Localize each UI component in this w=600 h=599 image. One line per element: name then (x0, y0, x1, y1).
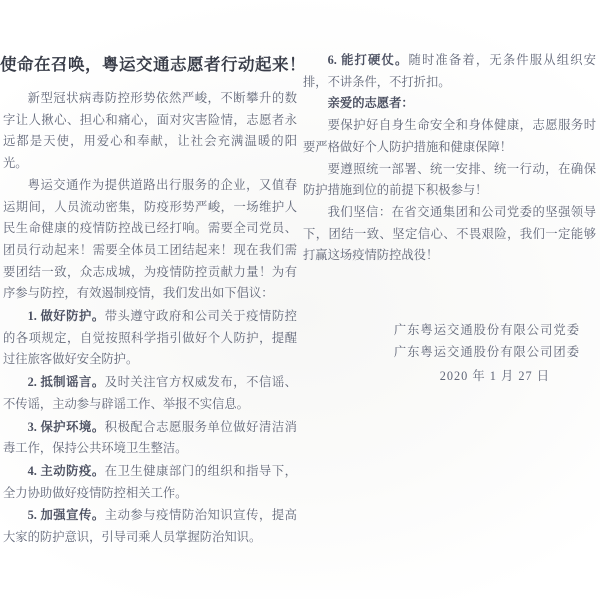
paragraph-lead: 2. 抵制谣言。 (28, 375, 105, 389)
signature-block: 广东粤运交通股份有限公司党委 广东粤运交通股份有限公司团委 2020 年 1 月… (320, 319, 580, 387)
paragraph-lead: 4. 主动防疫。 (28, 464, 105, 478)
proposal-item-5: 5. 加强宣传。主动参与疫情防治知识宣传，提高大家的防护意识，引导司乘人员掌握防… (3, 505, 297, 548)
paragraph-text: 粤运交通作为提供道路出行服务的企业，又值春运期间，人员流动密集，防疫形势严峻，一… (3, 178, 297, 301)
paragraph-lead: 6. 能打硬仗。 (328, 53, 409, 67)
paragraph-lead: 1. 做好防护。 (28, 309, 105, 323)
paragraph: 我们坚信：在省交通集团和公司党委的坚强领导下，团结一致、坚定信心、不畏艰险，我们… (303, 202, 596, 267)
document-page: 使命在召唤，粤运交通志愿者行动起来！ 新型冠状病毒防控形势依然严峻，不断攀升的数… (0, 0, 600, 599)
signature-date: 2020 年 1 月 27 日 (320, 365, 580, 387)
paragraph-text: 要保护好自身生命安全和身体健康，志愿服务时要严格做好个人防护措施和健康保障！ (303, 118, 596, 154)
paragraph-lead: 5. 加强宣传。 (28, 508, 105, 522)
paragraph-text: 我们坚信：在省交通集团和公司党委的坚强领导下，团结一致、坚定信心、不畏艰险，我们… (303, 205, 596, 262)
right-column: 6. 能打硬仗。随时准备着，无条件服从组织安排，不讲条件，不打折扣。 亲爱的志愿… (303, 49, 596, 267)
signature-line-youth-league: 广东粤运交通股份有限公司团委 (320, 341, 580, 363)
proposal-item-1: 1. 做好防护。带头遵守政府和公司关于疫情防控的各项规定，自觉按照科学指引做好个… (3, 306, 297, 371)
paragraph: 要保护好自身生命安全和身体健康，志愿服务时要严格做好个人防护措施和健康保障！ (303, 115, 596, 158)
paragraph: 粤运交通作为提供道路出行服务的企业，又值春运期间，人员流动密集，防疫形势严峻，一… (3, 175, 297, 305)
document-title: 使命在召唤，粤运交通志愿者行动起来！ (0, 51, 300, 75)
paragraph: 要遵照统一部署、统一安排、统一行动，在确保防护措施到位的前提下积极参与！ (303, 159, 596, 202)
proposal-item-3: 3. 保护环境。积极配合志愿服务单位做好清洁消毒工作，保持公共环境卫生整洁。 (3, 417, 297, 460)
proposal-item-6: 6. 能打硬仗。随时准备着，无条件服从组织安排，不讲条件，不打折扣。 (303, 50, 596, 93)
paragraph-lead: 亲爱的志愿者： (328, 96, 414, 110)
paragraph-text: 要遵照统一部署、统一安排、统一行动，在确保防护措施到位的前提下积极参与！ (303, 162, 596, 198)
proposal-item-2: 2. 抵制谣言。及时关注官方权威发布，不信谣、不传谣，主动参与辟谣工作、举报不实… (3, 372, 297, 415)
paragraph: 新型冠状病毒防控形势依然严峻，不断攀升的数字让人揪心、担心和痛心，面对灾害险情，… (3, 88, 297, 175)
signature-line-party-committee: 广东粤运交通股份有限公司党委 (320, 319, 580, 341)
proposal-item-4: 4. 主动防疫。在卫生健康部门的组织和指导下，全力协助做好疫情防控相关工作。 (3, 461, 297, 504)
paragraph-text: 新型冠状病毒防控形势依然严峻，不断攀升的数字让人揪心、担心和痛心，面对灾害险情，… (3, 91, 297, 170)
left-column: 新型冠状病毒防控形势依然严峻，不断攀升的数字让人揪心、担心和痛心，面对灾害险情，… (3, 88, 297, 549)
salutation: 亲爱的志愿者： (303, 93, 596, 115)
paragraph-lead: 3. 保护环境。 (28, 420, 105, 434)
